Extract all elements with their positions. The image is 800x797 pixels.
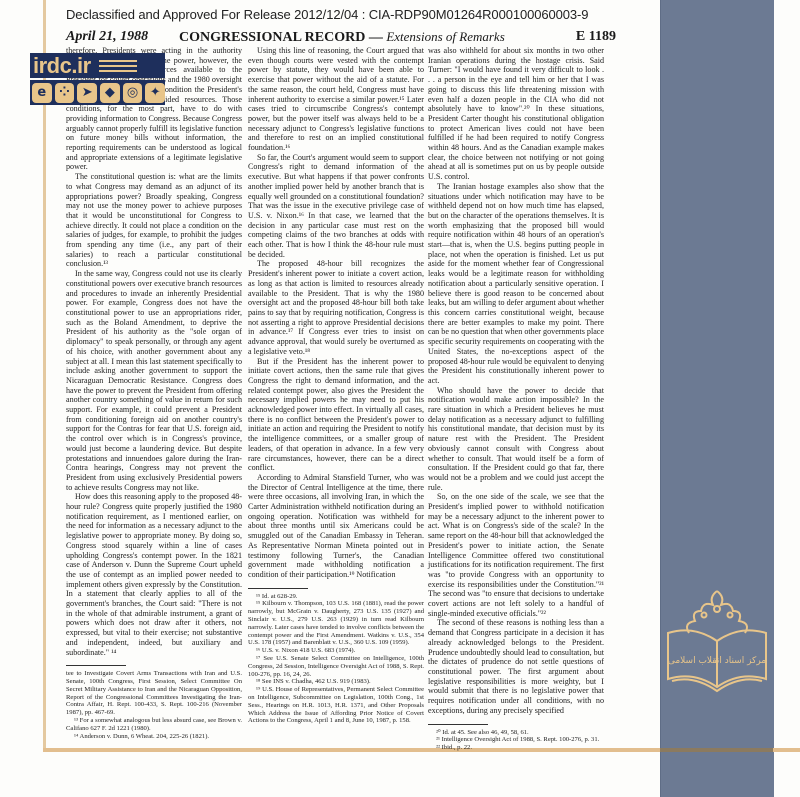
paragraph: So, on the one side of the scale, we see…: [428, 492, 604, 618]
footnote: ²⁰ Id. at 45. See also 46, 49, 58, 61.: [428, 729, 604, 737]
emblem-text: مرکز اسناد انقلاب اسلامی: [668, 656, 766, 666]
footnotes: ²⁰ Id. at 45. See also 46, 49, 58, 61. ²…: [428, 729, 604, 752]
telegram-icon[interactable]: ➤: [77, 83, 97, 103]
section-name: Extensions of Remarks: [386, 29, 504, 44]
footnote: ¹⁹ U.S. House of Representatives, Perman…: [248, 686, 424, 725]
paragraph: How does this reasoning apply to the pro…: [66, 492, 242, 657]
logo-top-bar: irdc.ir: [30, 53, 165, 78]
header-page-number: E 1189: [576, 29, 616, 45]
footnote-divider: [248, 588, 308, 589]
footnote: ¹⁸ See INS v. Chadha, 462 U.S. 919 (1983…: [248, 678, 424, 686]
archive-emblem-icon: مرکز اسناد انقلاب اسلامی: [664, 583, 770, 701]
footnote: tee to Investigate Covert Arms Transacti…: [66, 670, 242, 717]
column-3: was also withheld for about six months i…: [428, 46, 604, 752]
paragraph: The proposed 48-hour bill recognizes the…: [248, 259, 424, 356]
footnote: ¹⁵ Kilbourn v. Thompson, 103 U.S. 168 (1…: [248, 600, 424, 647]
page-header: April 21, 1988 CONGRESSIONAL RECORD — Ex…: [66, 29, 616, 45]
irdc-watermark-logo[interactable]: irdc.ir e ⁘ ➤ ◆ ◎ ✦: [30, 53, 165, 105]
footnotes: tee to Investigate Covert Arms Transacti…: [66, 670, 242, 740]
footnote: ¹⁷ See U.S. Senate Select Committee on I…: [248, 655, 424, 678]
footnote: ¹⁴ Anderson v. Dunn, 6 Wheat. 204, 225-2…: [66, 733, 242, 741]
column-1: therefore, Presidents were acting in the…: [66, 46, 242, 740]
logo-lines-icon: [99, 60, 137, 72]
paragraph: The second of these reasons is nothing l…: [428, 618, 604, 715]
band-border-overlap: [660, 748, 773, 752]
paragraph: was also withheld for about six months i…: [428, 46, 604, 182]
footnote: ²² Ibid., p. 22.: [428, 744, 604, 752]
paragraph: Using this line of reasoning, the Court …: [248, 46, 424, 153]
instagram-icon[interactable]: ◎: [123, 83, 143, 103]
footnotes: ¹⁵ Id. at 628-29. ¹⁵ Kilbourn v. Thompso…: [248, 593, 424, 726]
paragraph: Who should have the power to decide that…: [428, 386, 604, 493]
header-title: CONGRESSIONAL RECORD — Extensions of Rem…: [179, 29, 505, 46]
paragraph: In the same way, Congress could not use …: [66, 269, 242, 492]
e-icon[interactable]: e: [32, 83, 52, 103]
dropbox-icon[interactable]: ◆: [100, 83, 120, 103]
twitter-icon[interactable]: ✦: [145, 83, 165, 103]
declassification-stamp: Declassified and Approved For Release 20…: [66, 7, 626, 22]
social-icons-bar: e ⁘ ➤ ◆ ◎ ✦: [30, 80, 165, 105]
footnote: ²¹ Intelligence Oversight Act of 1988, S…: [428, 736, 604, 744]
footnote: ¹⁶ U.S. v. Nixon 418 U.S. 683 (1974).: [248, 647, 424, 655]
footnote-divider: [428, 724, 488, 725]
column-2: Using this line of reasoning, the Court …: [248, 46, 424, 725]
footnote-divider: [66, 665, 126, 666]
logo-site-name: irdc.ir: [33, 53, 91, 79]
aparat-icon[interactable]: ⁘: [55, 83, 75, 103]
paragraph: According to Admiral Stansfield Turner, …: [248, 473, 424, 580]
paragraph: The Iranian hostage examples also show t…: [428, 182, 604, 386]
header-date: April 21, 1988: [66, 29, 148, 45]
paragraph: So far, the Court's argument would seem …: [248, 153, 424, 260]
paragraph: The constitutional question is: what are…: [66, 172, 242, 269]
footnote: ¹³ For a somewhat analogous but less abs…: [66, 717, 242, 733]
footnote: ¹⁵ Id. at 628-29.: [248, 593, 424, 601]
paragraph: But if the President has the inherent po…: [248, 357, 424, 473]
page-frame-left-border: [43, 0, 46, 752]
publication-name: CONGRESSIONAL RECORD —: [179, 30, 383, 45]
